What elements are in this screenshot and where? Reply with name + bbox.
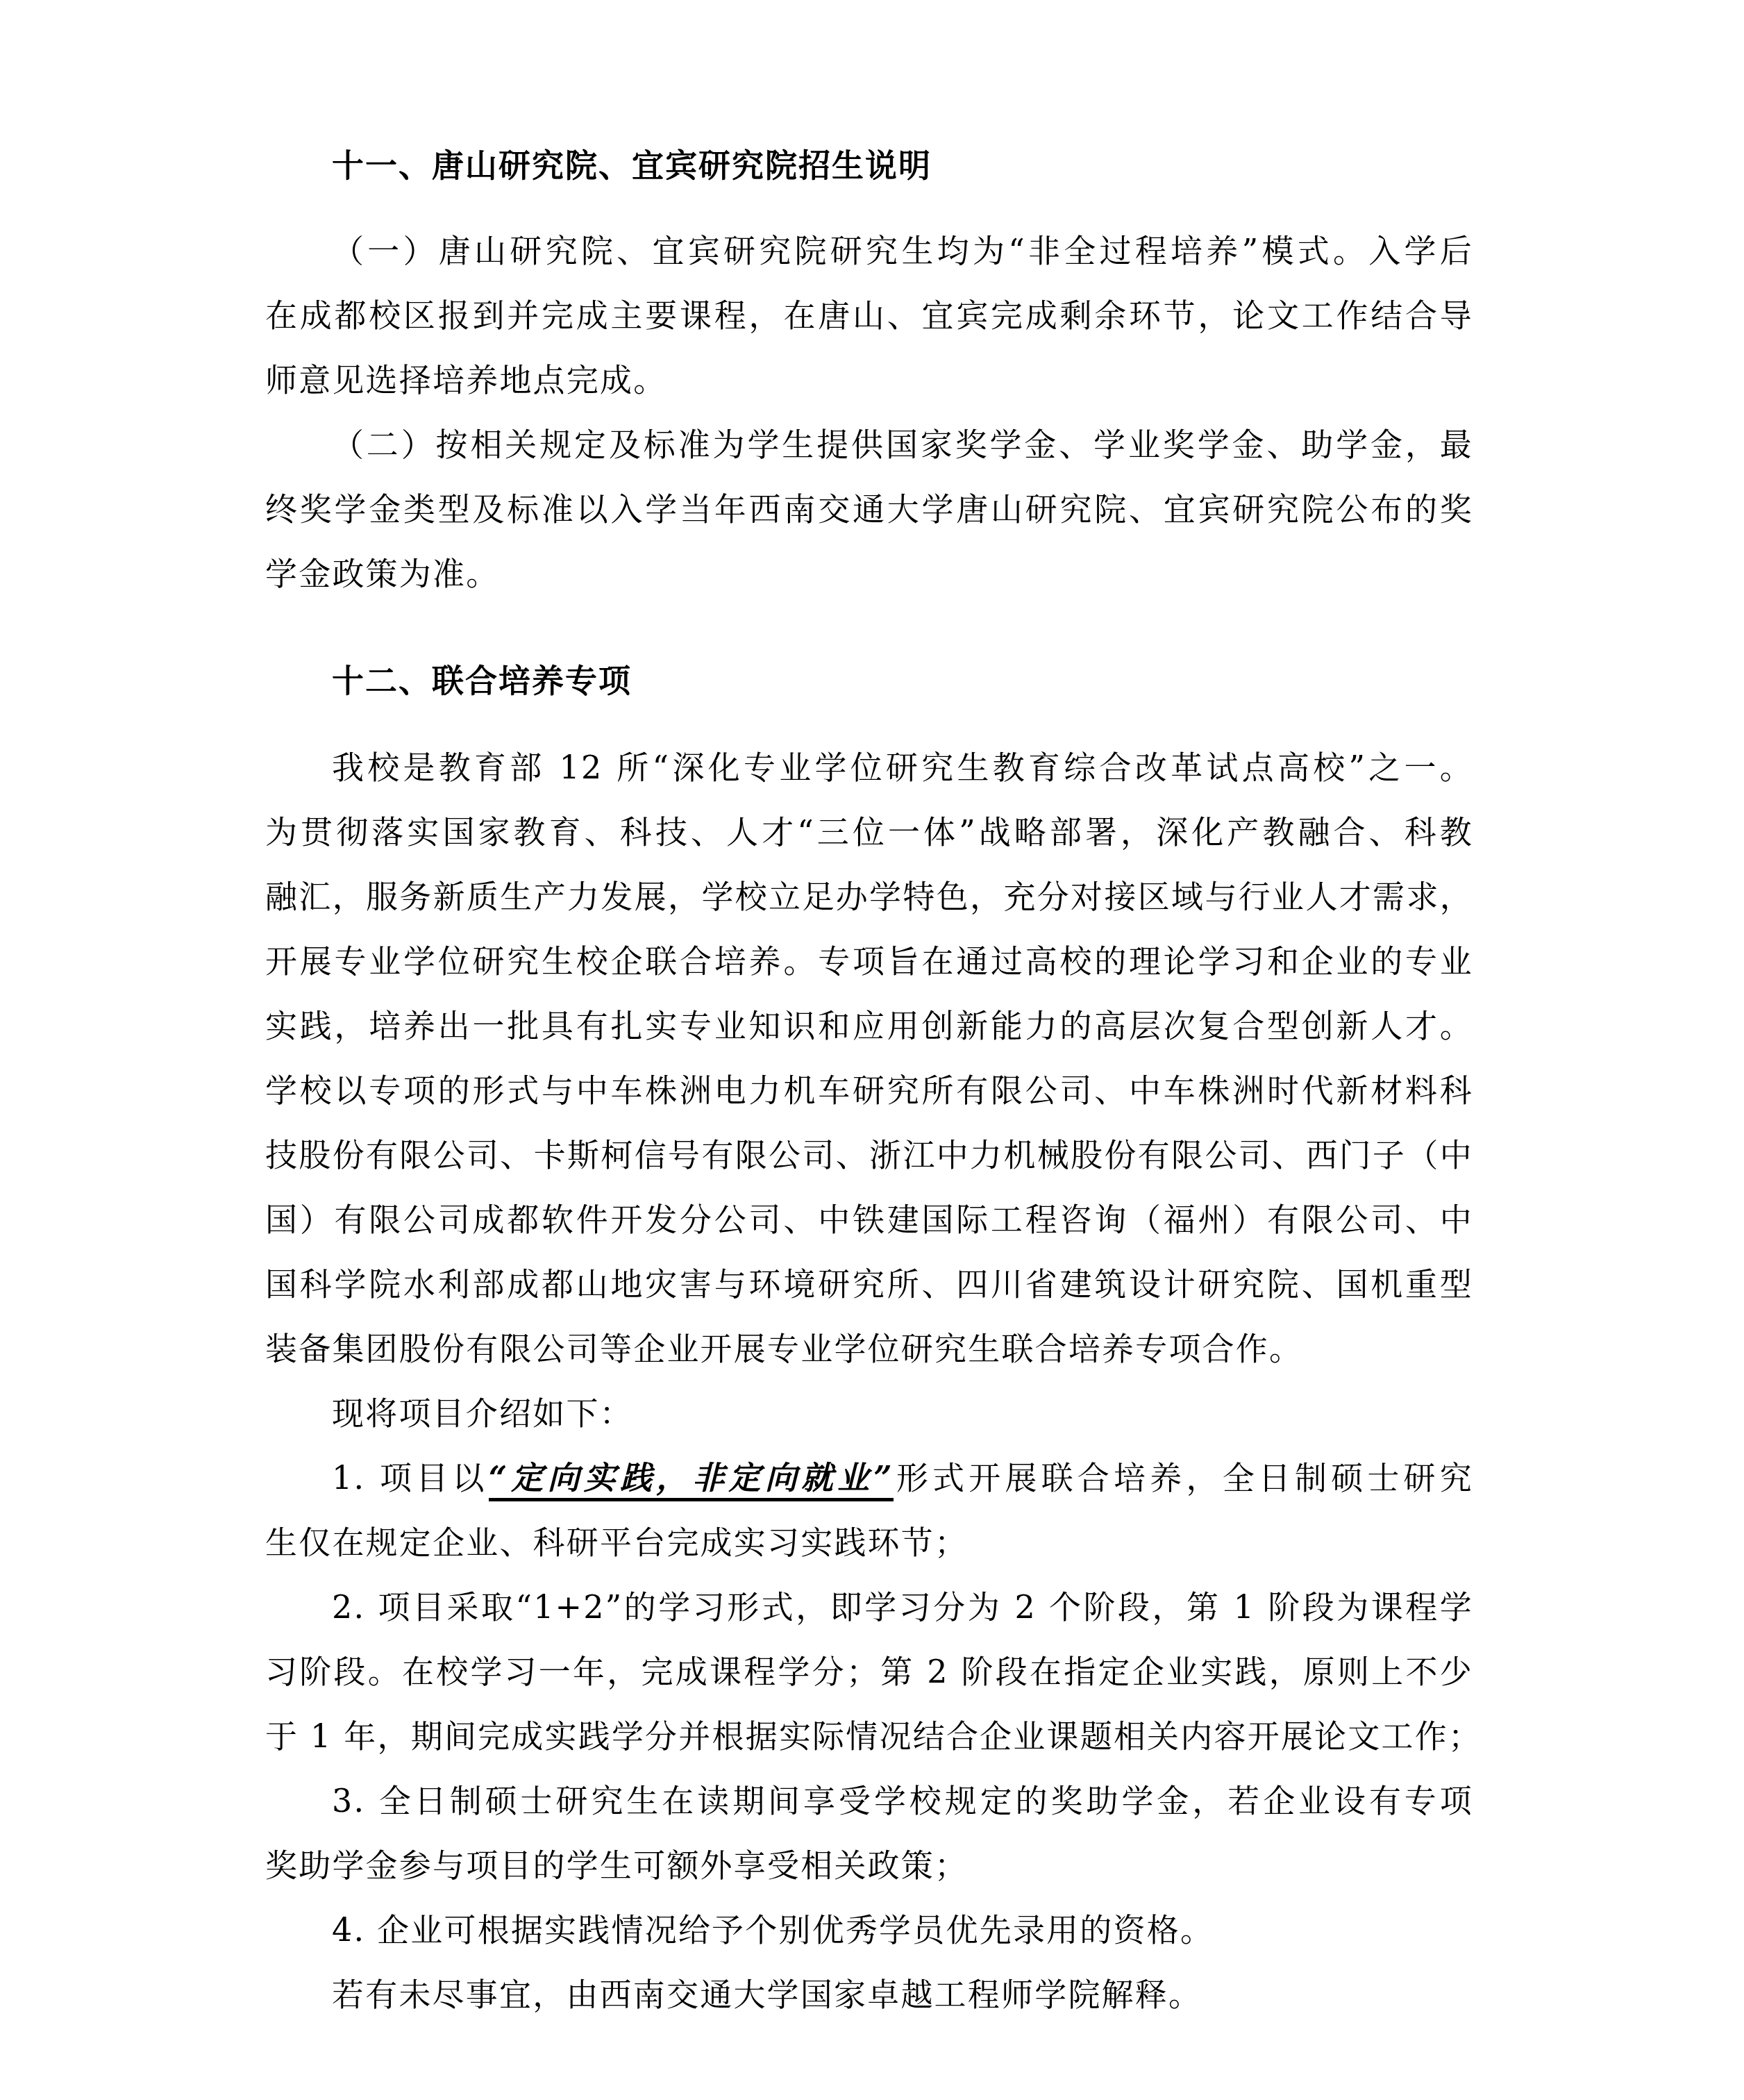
paragraph-line: 在成都校区报到并完成主要课程，在唐山、宜宾完成剩余环节，论文工作结合导 <box>265 283 1473 347</box>
item-1-suffix: 形式开展联合培养，全日制硕士研究 <box>894 1459 1473 1497</box>
paragraph-line: 习阶段。在校学习一年，完成课程学分；第 2 阶段在指定企业实践，原则上不少 <box>265 1640 1473 1703</box>
paragraph-line: 于 1 年，期间完成实践学分并根据实际情况结合企业课题相关内容开展论文工作； <box>265 1704 1473 1768</box>
paragraph-line: 学金政策为准。 <box>265 542 1473 606</box>
paragraph-line: 技股份有限公司、卡斯柯信号有限公司、浙江中力机械股份有限公司、西门子（中 <box>265 1123 1473 1187</box>
section-heading-12: 十二、联合培养专项 <box>332 649 632 712</box>
paragraph-line: 师意见选择培养地点完成。 <box>265 348 1473 412</box>
list-item-2: 2. 项目采取“1+2”的学习形式，即学习分为 2 个阶段，第 1 阶段为课程学 <box>332 1575 1473 1639</box>
list-item-1: 1. 项目以“定向实践，非定向就业”形式开展联合培养，全日制硕士研究 <box>332 1446 1473 1510</box>
underlined-emphasis: “定向实践，非定向就业” <box>489 1459 894 1501</box>
paragraph-line: 生仅在规定企业、科研平台完成实习实践环节； <box>265 1510 1473 1574</box>
closing-statement: 若有未尽事宜，由西南交通大学国家卓越工程师学院解释。 <box>332 1962 1473 2026</box>
document-page: 十一、唐山研究院、宜宾研究院招生说明 （一）唐山研究院、宜宾研究院研究生均为“非… <box>0 0 1744 2100</box>
list-item-4: 4. 企业可根据实践情况给予个别优秀学员优先录用的资格。 <box>332 1898 1473 1962</box>
paragraph-line: 学校以专项的形式与中车株洲电力机车研究所有限公司、中车株洲时代新材料科 <box>265 1058 1473 1122</box>
paragraph-line: 装备集团股份有限公司等企业开展专业学位研究生联合培养专项合作。 <box>265 1317 1473 1381</box>
section-heading-11: 十一、唐山研究院、宜宾研究院招生说明 <box>332 133 932 197</box>
item-1-prefix: 1. 项目以 <box>332 1459 489 1497</box>
paragraph-line: 实践，培养出一批具有扎实专业知识和应用创新能力的高层次复合型创新人才。 <box>265 994 1473 1058</box>
paragraph-line: 国）有限公司成都软件开发分公司、中铁建国际工程咨询（福州）有限公司、中 <box>265 1187 1473 1251</box>
intro-line: 现将项目介绍如下： <box>332 1381 1473 1445</box>
paragraph-line: 融汇，服务新质生产力发展，学校立足办学特色，充分对接区域与行业人才需求， <box>265 865 1473 928</box>
paragraph-line: 开展专业学位研究生校企联合培养。专项旨在通过高校的理论学习和企业的专业 <box>265 929 1473 993</box>
paragraph-line: 国科学院水利部成都山地灾害与环境研究所、四川省建筑设计研究院、国机重型 <box>265 1252 1473 1316</box>
paragraph-line: （二）按相关规定及标准为学生提供国家奖学金、学业奖学金、助学金，最 <box>332 412 1473 476</box>
paragraph-line: 为贯彻落实国家教育、科技、人才“三位一体”战略部署，深化产教融合、科教 <box>265 800 1473 864</box>
paragraph-line: （一）唐山研究院、宜宾研究院研究生均为“非全过程培养”模式。入学后 <box>332 219 1473 283</box>
list-item-3: 3. 全日制硕士研究生在读期间享受学校规定的奖助学金，若企业设有专项 <box>332 1769 1473 1833</box>
paragraph-line: 终奖学金类型及标准以入学当年西南交通大学唐山研究院、宜宾研究院公布的奖 <box>265 477 1473 541</box>
paragraph-line: 我校是教育部 12 所“深化专业学位研究生教育综合改革试点高校”之一。 <box>332 735 1473 799</box>
paragraph-line: 奖助学金参与项目的学生可额外享受相关政策； <box>265 1833 1473 1897</box>
